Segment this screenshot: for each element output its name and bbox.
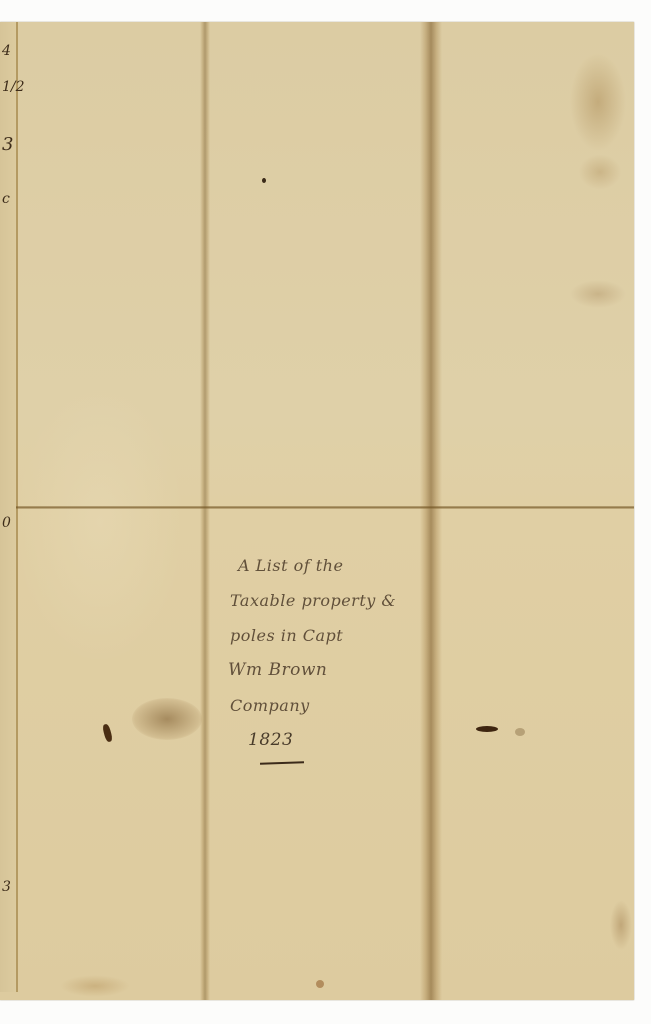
margin-mark: 3: [2, 136, 13, 154]
margin-mark: 3: [2, 880, 11, 894]
endorsement-line: Company: [226, 688, 426, 723]
margin-mark: 4: [2, 44, 11, 58]
margin-mark: 1/2: [2, 80, 25, 94]
stain-spot: [60, 975, 130, 997]
margin-mark: c: [2, 192, 10, 206]
endorsement-line: A List of the: [226, 548, 426, 583]
paper-sheet: [0, 22, 634, 1000]
ink-speck: [262, 178, 266, 183]
ink-blot: [476, 726, 498, 732]
horizontal-fold: [16, 506, 634, 509]
endorsement-line: Wm Brown: [226, 653, 426, 688]
stain-spot: [316, 980, 324, 988]
water-stain: [132, 698, 202, 740]
vertical-fold-right: [420, 22, 442, 1000]
stain-spot: [610, 900, 632, 950]
endorsement-line: Taxable property &: [226, 583, 426, 618]
margin-mark: 0: [2, 516, 11, 530]
docket-endorsement: A List of the Taxable property & poles i…: [226, 548, 426, 758]
endorsement-year: 1823: [226, 723, 426, 758]
endorsement-line: poles in Capt: [226, 618, 426, 653]
stain-spot: [515, 728, 525, 736]
vertical-fold-left: [200, 22, 210, 1000]
